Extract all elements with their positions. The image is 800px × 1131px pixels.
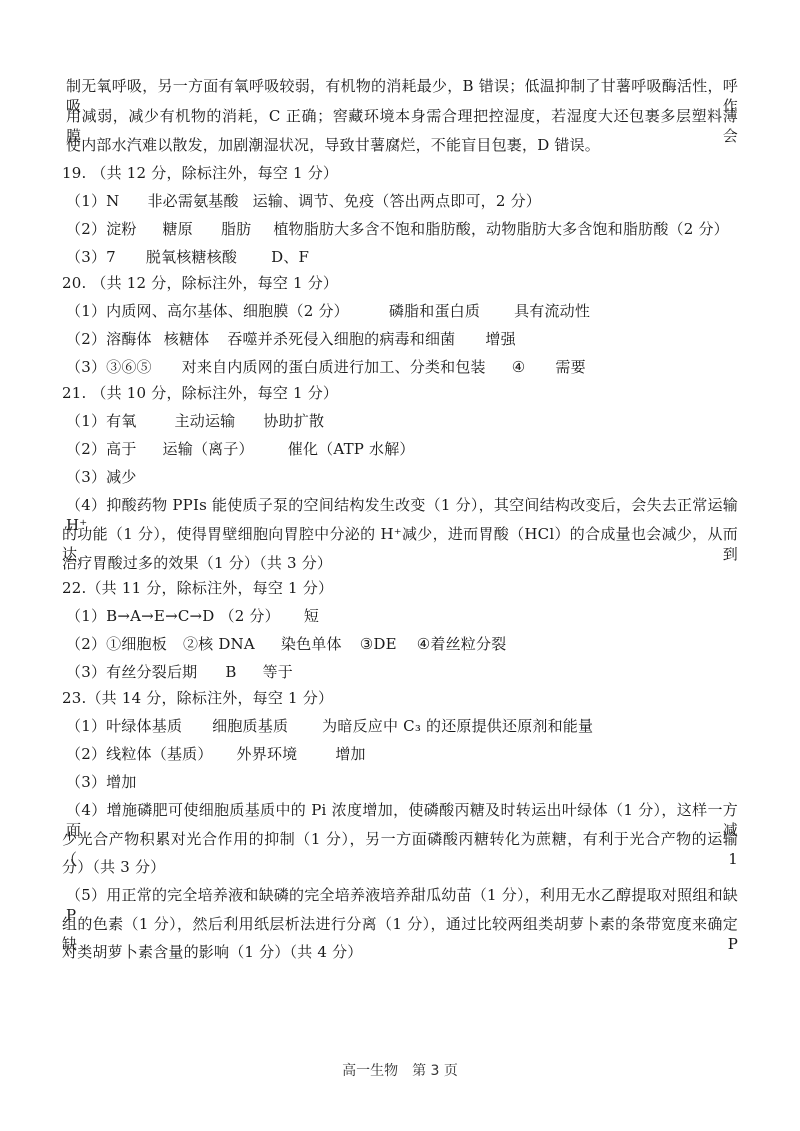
answer: 细胞质基质 [212, 717, 288, 735]
answer: （2）淀粉 [66, 220, 137, 238]
answer: 为暗反应中 C₃ 的还原提供还原剂和能量 [322, 717, 593, 735]
answer: （1）有氧 [66, 412, 137, 430]
question-22-part-1: （1）B→A→E→C→D （2 分）短 [66, 606, 738, 626]
answer: B [225, 663, 236, 681]
answer: D、F [271, 248, 309, 266]
answer: （2）高于 [66, 440, 137, 458]
answer: 磷脂和蛋白质 [389, 302, 480, 320]
answer: 增强 [485, 330, 515, 348]
answer: 糖原 [163, 220, 193, 238]
answer: 核糖体 [164, 330, 210, 348]
answer: 脱氧核糖核酸 [146, 248, 237, 266]
answer: （3）7 [66, 248, 116, 266]
question-23-part-5-line: 对类胡萝卜素含量的影响（1 分）（共 4 分） [62, 942, 738, 962]
question-23-part-1: （1）叶绿体基质细胞质基质为暗反应中 C₃ 的还原提供还原剂和能量 [66, 716, 738, 736]
question-21-part-2: （2）高于运输（离子）催化（ATP 水解） [66, 439, 738, 459]
answer: 运输、调节、免疫（答出两点即可，2 分） [253, 192, 541, 210]
question-22-part-3: （3）有丝分裂后期B等于 [66, 662, 738, 682]
question-21-part-3: （3）减少 [66, 467, 738, 487]
answer: ④着丝粒分裂 [417, 635, 507, 653]
answer: （3）增加 [66, 773, 137, 791]
question-20-part-2: （2）溶酶体核糖体吞噬并杀死侵入细胞的病毒和细菌增强 [66, 329, 738, 349]
answer: 运输（离子） [163, 440, 254, 458]
question-19-part-2: （2）淀粉糖原脂肪植物脂肪大多含不饱和脂肪酸，动物脂肪大多含饱和脂肪酸（2 分） [66, 219, 738, 239]
question-20-part-1: （1）内质网、高尔基体、细胞膜（2 分）磷脂和蛋白质具有流动性 [66, 301, 738, 321]
question-21-header: 21. （共 10 分，除标注外，每空 1 分） [62, 383, 738, 403]
question-22-header: 22.（共 11 分，除标注外，每空 1 分） [62, 578, 738, 598]
question-22-part-2: （2）①细胞板②核 DNA染色单体③DE④着丝粒分裂 [66, 634, 738, 654]
answer: 增加 [335, 745, 365, 763]
question-19-part-3: （3）7脱氧核糖核酸D、F [66, 247, 738, 267]
answer: 等于 [263, 663, 293, 681]
question-20-header: 20. （共 12 分，除标注外，每空 1 分） [62, 273, 738, 293]
answer: （1）内质网、高尔基体、细胞膜（2 分） [66, 302, 349, 320]
answer: （1）B→A→E→C→D （2 分） [66, 607, 280, 625]
page-footer: 高一生物 第 3 页 [0, 1060, 800, 1080]
answer: 脂肪 [221, 220, 251, 238]
answer: 催化（ATP 水解） [288, 440, 415, 458]
intro-line: 使内部水汽难以散发，加剧潮湿状况，导致甘薯腐烂，不能盲目包裹，D 错误。 [66, 135, 738, 155]
answer: 协助扩散 [263, 412, 324, 430]
question-21-part-1: （1）有氧主动运输协助扩散 [66, 411, 738, 431]
answer: （3）有丝分裂后期 [66, 663, 197, 681]
answer: ③DE [360, 635, 397, 653]
answer: （2）线粒体（基质） [66, 745, 213, 763]
answer: （3）减少 [66, 468, 137, 486]
question-19-part-1: （1）N非必需氨基酸运输、调节、免疫（答出两点即可，2 分） [66, 191, 738, 211]
question-23-part-4-line: 分）（共 3 分） [62, 857, 738, 877]
answer: 外界环境 [237, 745, 298, 763]
answer-key-page: 制无氧呼吸，另一方面有氧呼吸较弱，有机物的消耗最少，B 错误；低温抑制了甘薯呼吸… [0, 0, 800, 1131]
answer: 具有流动性 [514, 302, 590, 320]
answer: （1）N [66, 192, 119, 210]
answer: （3）③⑥⑤ [66, 358, 152, 376]
question-19-header: 19. （共 12 分，除标注外，每空 1 分） [62, 163, 738, 183]
answer: 短 [304, 607, 319, 625]
answer: 主动运输 [175, 412, 236, 430]
question-20-part-3: （3）③⑥⑤对来自内质网的蛋白质进行加工、分类和包装④需要 [66, 357, 738, 377]
answer: 需要 [555, 358, 585, 376]
answer: 吞噬并杀死侵入细胞的病毒和细菌 [227, 330, 455, 348]
question-23-part-2: （2）线粒体（基质）外界环境增加 [66, 744, 738, 764]
answer: ④ [512, 358, 526, 376]
answer: （1）叶绿体基质 [66, 717, 182, 735]
answer: 植物脂肪大多含不饱和脂肪酸，动物脂肪大多含饱和脂肪酸（2 分） [273, 220, 729, 238]
answer: 对来自内质网的蛋白质进行加工、分类和包装 [182, 358, 486, 376]
answer: （2）①细胞板 [66, 635, 167, 653]
question-23-header: 23.（共 14 分，除标注外，每空 1 分） [62, 688, 738, 708]
answer: 非必需氨基酸 [147, 192, 238, 210]
question-21-part-4-line: 治疗胃酸过多的效果（1 分）（共 3 分） [62, 553, 738, 573]
answer: ②核 DNA [183, 635, 255, 653]
question-23-part-3: （3）增加 [66, 772, 738, 792]
answer: 染色单体 [281, 635, 342, 653]
answer: （2）溶酶体 [66, 330, 152, 348]
